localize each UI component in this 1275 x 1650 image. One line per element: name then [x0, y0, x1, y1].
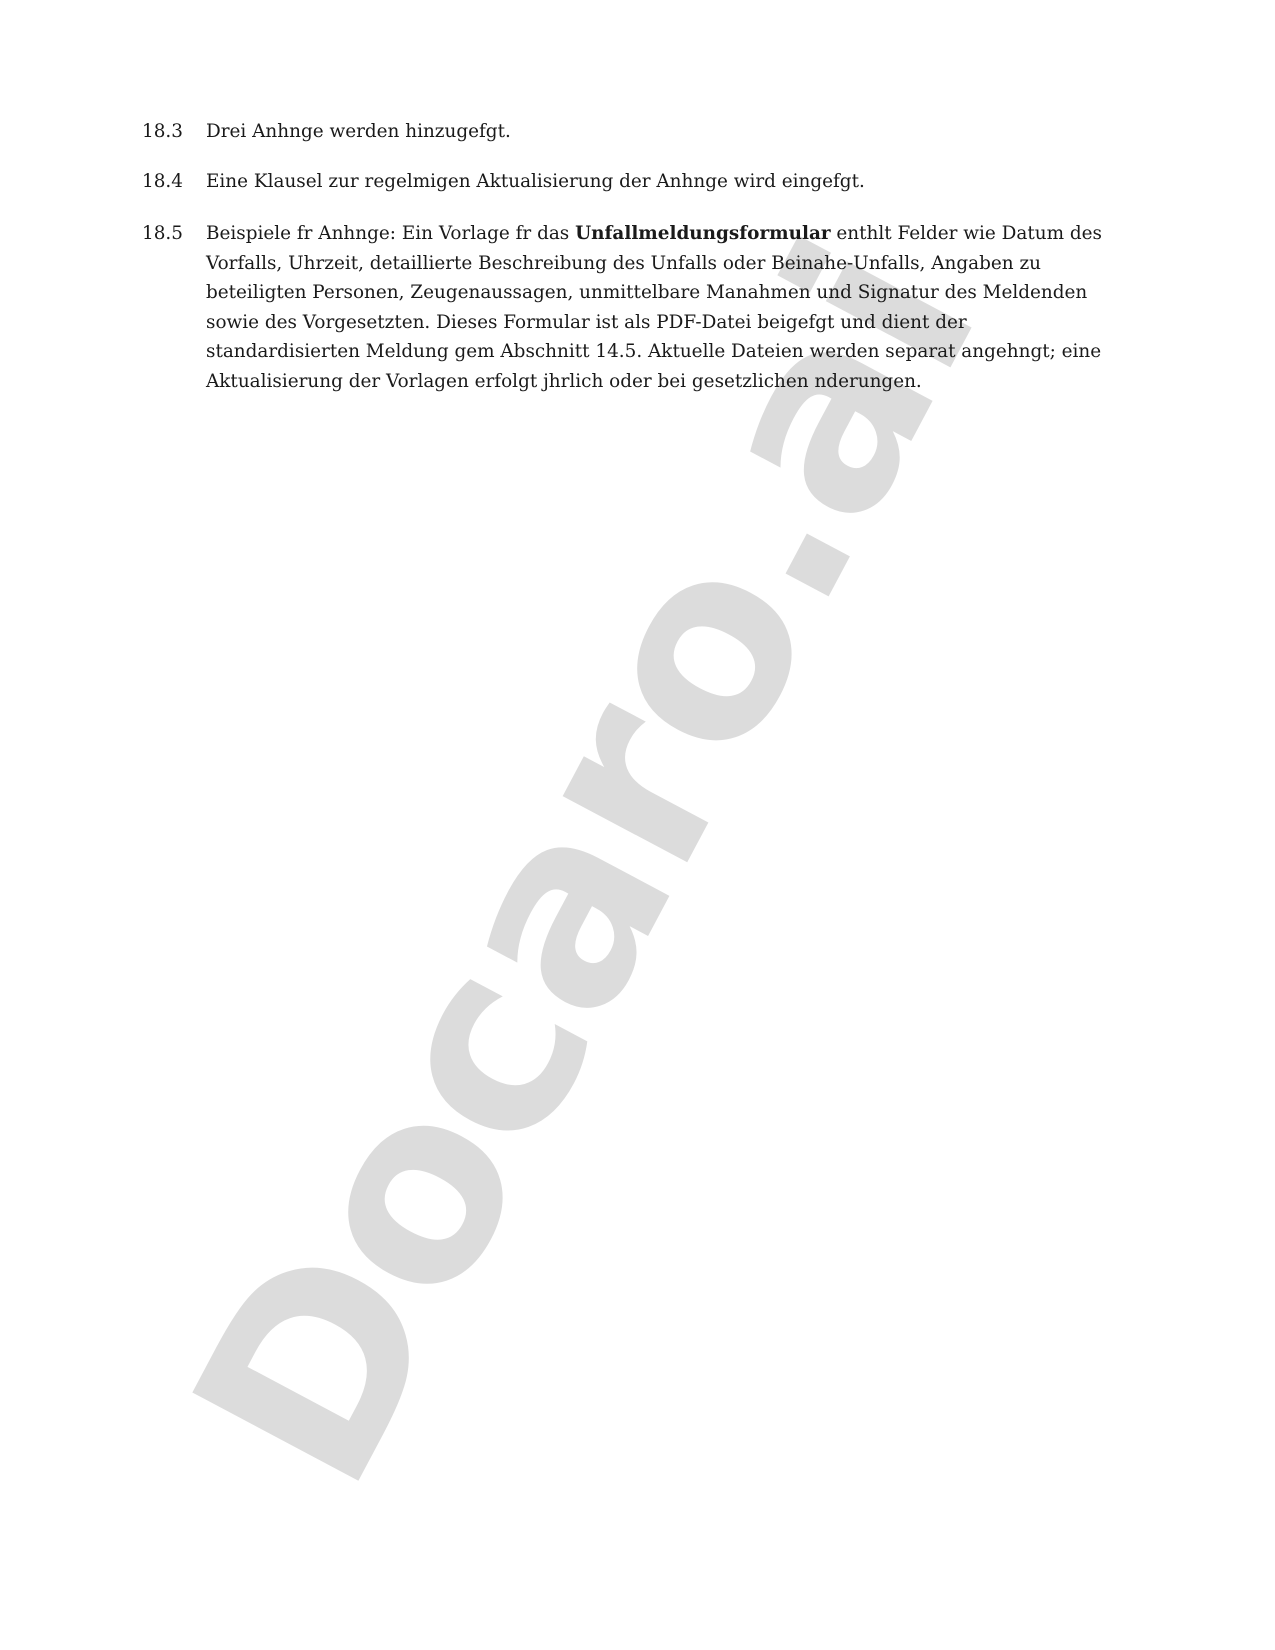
document-page: 18.3 Drei Anhnge werden hinzugefgt. 18.4… — [0, 0, 1275, 1650]
clause-text: Drei Anhnge werden hinzugefgt. — [206, 117, 1122, 147]
clause-text-rest: enthlt Felder wie Datum des Vorfalls, Uh… — [206, 223, 1102, 392]
clause-text: Eine Klausel zur regelmigen Aktualisieru… — [206, 167, 1122, 197]
clause-text-intro: Beispiele fr Anhnge: Ein Vorlage fr das — [206, 223, 575, 244]
watermark: Docaro.ai — [155, 210, 1015, 1521]
clause-18-3: 18.3 Drei Anhnge werden hinzugefgt. — [142, 117, 1122, 147]
clause-number: 18.3 — [142, 117, 206, 147]
clause-18-4: 18.4 Eine Klausel zur regelmigen Aktuali… — [142, 167, 1122, 197]
clause-18-5: 18.5 Beispiele fr Anhnge: Ein Vorlage fr… — [142, 219, 1122, 396]
clause-number: 18.4 — [142, 167, 206, 197]
form-name-bold: Unfallmeldungsformular — [575, 223, 830, 244]
clause-text: Beispiele fr Anhnge: Ein Vorlage fr das … — [206, 219, 1122, 396]
clause-number: 18.5 — [142, 219, 206, 396]
